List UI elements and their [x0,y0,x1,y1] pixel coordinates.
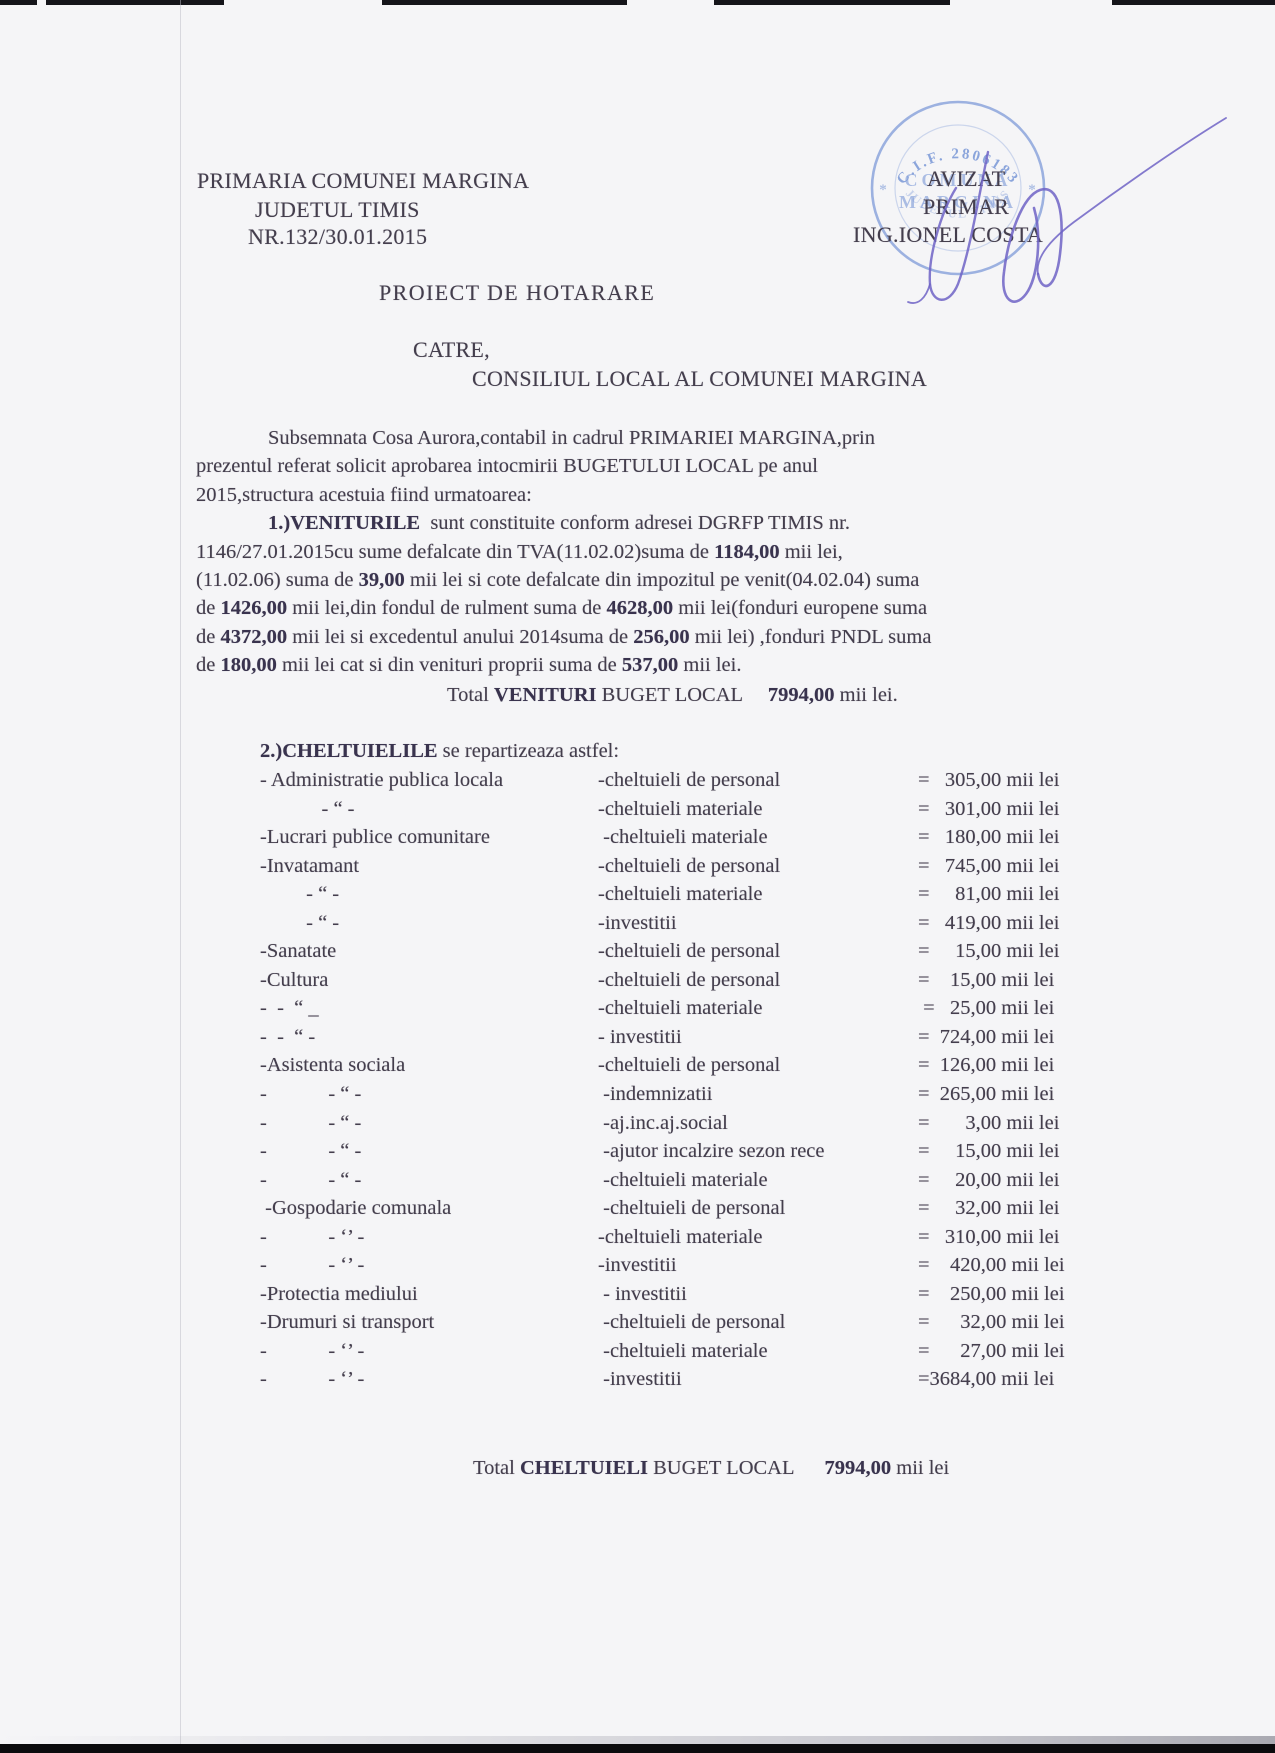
table-cell-cat: -Invatamant [260,855,359,878]
table-cell-cat: - - “ - [260,1026,315,1049]
table-cell-amt: = 15,00 mii lei [918,940,1059,963]
addressee: CONSILIUL LOCAL AL COMUNEI MARGINA [472,366,927,392]
document-number: NR.132/30.01.2015 [248,224,427,250]
table-cell-amt: = 419,00 mii lei [918,912,1059,935]
table-row: - - ‘’ --investitii= 420,00 mii lei [0,1254,1275,1283]
table-cell-cat: - “ - [260,883,339,906]
table-cell-item: -cheltuieli de personal [598,969,780,992]
table-cell-amt: = 32,00 mii lei [918,1311,1065,1334]
table-cell-cat: - - ‘’ - [260,1340,364,1363]
table-cell-cat: -Asistenta sociala [260,1054,405,1077]
table-row: - - “ - -cheltuieli materiale= 20,00 mii… [0,1169,1275,1198]
table-cell-item: -investitii [598,912,677,935]
table-cell-item: - investitii [598,1283,687,1306]
table-cell-item: -cheltuieli de personal [598,1311,785,1334]
table-row: - - ‘’ - -cheltuieli materiale= 27,00 mi… [0,1340,1275,1369]
table-row: - - “ - -indemnizatii= 265,00 mii lei [0,1083,1275,1112]
paragraph-line: 1146/27.01.2015cu sume defalcate din TVA… [196,538,931,566]
table-cell-amt: = 265,00 mii lei [918,1083,1054,1106]
table-cell-cat: -Gospodarie comunala [260,1197,451,1220]
table-cell-item: -investitii [598,1254,677,1277]
table-cell-amt: = 32,00 mii lei [918,1197,1059,1220]
table-row: - - “ -- investitii= 724,00 mii lei [0,1026,1275,1055]
table-cell-item: -cheltuieli de personal [598,769,780,792]
table-row: -Asistenta sociala-cheltuieli de persona… [0,1054,1275,1083]
table-cell-amt: = 420,00 mii lei [918,1254,1065,1277]
table-cell-amt: = 301,00 mii lei [918,798,1059,821]
scanned-document-page: PRIMARIA COMUNEI MARGINA JUDETUL TIMIS N… [0,0,1275,1753]
table-cell-item: -cheltuieli materiale [598,798,762,821]
table-cell-item: -aj.inc.aj.social [598,1112,728,1135]
salutation: CATRE, [413,337,490,363]
scan-edge-artifact [714,0,950,5]
table-cell-item: -ajutor incalzire sezon rece [598,1140,825,1163]
total-cheltuieli-line: Total CHELTUIELI BUGET LOCAL 7994,00 mii… [473,1457,949,1480]
table-cell-cat: - - “ - [260,1083,361,1106]
expense-table: - Administratie publica locala-cheltuiel… [0,769,1275,1397]
section2-heading: 2.)CHELTUIELILE se repartizeaza astfel: [260,740,619,763]
table-cell-item: - investitii [598,1026,682,1049]
paragraph-line: de 180,00 mii lei cat si din venituri pr… [196,651,931,679]
table-cell-amt: = 724,00 mii lei [918,1026,1054,1049]
table-row: - - ‘’ --cheltuieli materiale= 310,00 mi… [0,1226,1275,1255]
scan-edge-artifact [1112,0,1275,5]
table-cell-amt: = 745,00 mii lei [918,855,1059,878]
table-cell-item: -cheltuieli materiale [598,883,762,906]
paragraph-line: Subsemnata Cosa Aurora,contabil in cadru… [196,424,931,452]
county-name: JUDETUL TIMIS [255,197,420,223]
paragraph-line: de 1426,00 mii lei,din fondul de rulment… [196,594,931,622]
table-row: -Protectia mediului - investitii= 250,00… [0,1283,1275,1312]
table-cell-amt: =3684,00 mii lei [918,1368,1054,1391]
signature-scribble [830,98,1230,313]
scan-smudge [0,1736,1275,1744]
table-row: - - “ - -aj.inc.aj.social= 3,00 mii lei [0,1112,1275,1141]
table-cell-cat: - - ‘’ - [260,1254,364,1277]
table-cell-cat: -Cultura [260,969,328,992]
table-cell-cat: - - “ - [260,1112,361,1135]
table-row: - - ‘’ - -investitii=3684,00 mii lei [0,1368,1275,1397]
table-cell-cat: - - ‘’ - [260,1226,364,1249]
paragraph-line: prezentul referat solicit aprobarea into… [196,452,931,480]
table-cell-cat: - - “ - [260,1169,361,1192]
table-cell-amt: = 305,00 mii lei [918,769,1059,792]
table-row: - Administratie publica locala-cheltuiel… [0,769,1275,798]
table-cell-amt: = 250,00 mii lei [918,1283,1065,1306]
scan-edge-artifact [46,0,224,5]
table-cell-amt: = 126,00 mii lei [918,1054,1054,1077]
table-cell-cat: -Drumuri si transport [260,1311,434,1334]
table-cell-amt: = 310,00 mii lei [918,1226,1059,1249]
table-cell-cat: - “ - [260,798,355,821]
org-name: PRIMARIA COMUNEI MARGINA [197,168,529,194]
table-cell-amt: = 25,00 mii lei [918,997,1054,1020]
table-row: - - “ - -ajutor incalzire sezon rece= 15… [0,1140,1275,1169]
table-row: -Gospodarie comunala -cheltuieli de pers… [0,1197,1275,1226]
table-row: -Sanatate-cheltuieli de personal= 15,00 … [0,940,1275,969]
table-cell-cat: - - “ _ [260,997,319,1020]
table-row: - - “ _-cheltuieli materiale = 25,00 mii… [0,997,1275,1026]
table-cell-cat: - “ - [260,912,339,935]
table-cell-item: -cheltuieli materiale [598,997,762,1020]
intro-paragraph: Subsemnata Cosa Aurora,contabil in cadru… [196,424,931,680]
table-cell-item: -cheltuieli materiale [598,826,768,849]
paragraph-line: 1.)VENITURILE sunt constituite conform a… [196,509,931,537]
table-cell-cat: -Lucrari publice comunitare [260,826,490,849]
table-cell-amt: = 20,00 mii lei [918,1169,1059,1192]
table-cell-item: -cheltuieli de personal [598,1197,785,1220]
table-cell-item: -investitii [598,1368,682,1391]
scan-bottom-edge [0,1744,1275,1753]
table-cell-cat: -Protectia mediului [260,1283,418,1306]
table-cell-item: -cheltuieli de personal [598,1054,780,1077]
paragraph-line: 2015,structura acestuia fiind urmatoarea… [196,481,931,509]
table-cell-cat: - Administratie publica locala [260,769,503,792]
table-row: -Drumuri si transport -cheltuieli de per… [0,1311,1275,1340]
table-cell-cat: - - “ - [260,1140,361,1163]
table-row: - “ --investitii= 419,00 mii lei [0,912,1275,941]
total-venituri-line: Total VENITURI BUGET LOCAL 7994,00 mii l… [447,684,898,707]
document-title: PROIECT DE HOTARARE [379,280,655,306]
table-row: - “ --cheltuieli materiale= 81,00 mii le… [0,883,1275,912]
table-cell-amt: = 180,00 mii lei [918,826,1059,849]
table-cell-item: -cheltuieli materiale [598,1340,768,1363]
table-cell-item: -cheltuieli materiale [598,1226,762,1249]
table-cell-cat: -Sanatate [260,940,336,963]
table-cell-item: -cheltuieli de personal [598,855,780,878]
table-row: - “ --cheltuieli materiale= 301,00 mii l… [0,798,1275,827]
scan-edge-artifact [0,0,37,5]
table-cell-cat: - - ‘’ - [260,1368,364,1391]
table-cell-amt: = 27,00 mii lei [918,1340,1065,1363]
table-cell-item: -cheltuieli de personal [598,940,780,963]
table-cell-item: -indemnizatii [598,1083,712,1106]
paragraph-line: (11.02.06) suma de 39,00 mii lei si cote… [196,566,931,594]
table-cell-amt: = 15,00 mii lei [918,969,1054,992]
scan-edge-artifact [382,0,627,5]
table-cell-amt: = 81,00 mii lei [918,883,1059,906]
table-cell-item: -cheltuieli materiale [598,1169,768,1192]
table-cell-amt: = 15,00 mii lei [918,1140,1059,1163]
table-row: -Cultura-cheltuieli de personal= 15,00 m… [0,969,1275,998]
table-cell-amt: = 3,00 mii lei [918,1112,1059,1135]
paragraph-line: de 4372,00 mii lei si excedentul anului … [196,623,931,651]
table-row: -Invatamant-cheltuieli de personal= 745,… [0,855,1275,884]
table-row: -Lucrari publice comunitare -cheltuieli … [0,826,1275,855]
